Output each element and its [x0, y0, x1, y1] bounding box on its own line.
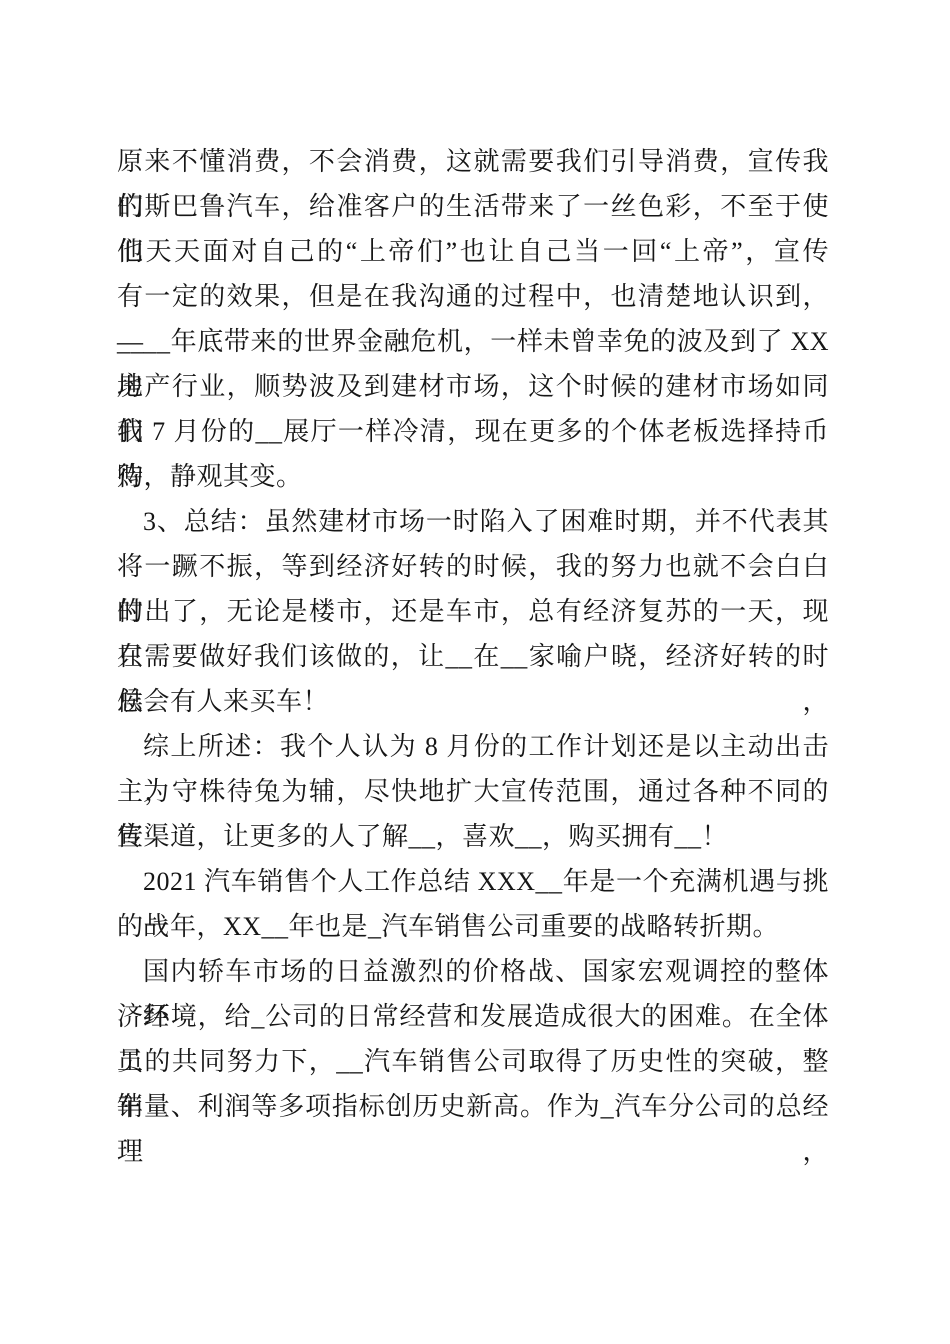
text-line: 购，静观其变。 — [117, 454, 829, 499]
text-line: 地产行业，顺势波及到建材市场，这个时候的建材市场如同我 — [117, 364, 829, 409]
text-line: 的一年，XX__年也是_汽车销售公司重要的战略转折期。 — [117, 904, 829, 949]
text-line: 3、总结：虽然建材市场一时陷入了困难时期，并不代表其 — [117, 499, 829, 544]
text-line: 济环境，给_公司的日常经营和发展造成很大的困难。在全体员 — [117, 994, 829, 1039]
text-line: 将一蹶不振，等到经济好转的时候，我的努力也就不会白白的 — [117, 544, 829, 589]
text-line: 原来不懂消费，不会消费，这就需要我们引导消费，宣传我们 — [117, 139, 829, 184]
document-page: 原来不懂消费，不会消费，这就需要我们引导消费，宣传我们的斯巴鲁汽车，给准客户的生… — [0, 0, 950, 1344]
text-line: 有一定的效果，但是在我沟通的过程中，也清楚地认识到，__ — [117, 274, 829, 319]
text-line: 只需要做好我们该做的，让__在__家喻户晓，经济好转的时候， — [117, 634, 829, 679]
text-line: 综上所述：我个人认为 8 月份的工作计划还是以主动出击为 — [117, 724, 829, 769]
text-line: 的斯巴鲁汽车，给准客户的生活带来了一丝色彩，不至于使他 — [117, 184, 829, 229]
text-line: 国内轿车市场的日益激烈的价格战、国家宏观调控的整体经 — [117, 949, 829, 994]
text-line: 付出了，无论是楼市，还是车市，总有经济复苏的一天，现在 — [117, 589, 829, 634]
text-line: —__年底带来的世界金融危机，一样未曾幸免的波及到了 XX 房 — [117, 319, 829, 364]
text-line: 们 7 月份的__展厅一样冷清，现在更多的个体老板选择持币待 — [117, 409, 829, 454]
text-line: 销量、利润等多项指标创历史新高。作为_汽车分公司的总经理， — [117, 1084, 829, 1129]
text-line: 传渠道，让更多的人了解__，喜欢__，购买拥有__！ — [117, 814, 829, 859]
text-line: 工的共同努力下，__汽车销售公司取得了历史性的突破，整车 — [117, 1039, 829, 1084]
text-line: 主，守株待兔为辅，尽快地扩大宣传范围，通过各种不同的宣 — [117, 769, 829, 814]
text-line: 们天天面对自己的“上帝们”也让自己当一回“上帝”，宣传 — [117, 229, 829, 274]
document-body: 原来不懂消费，不会消费，这就需要我们引导消费，宣传我们的斯巴鲁汽车，给准客户的生… — [117, 139, 829, 1129]
text-line: 2021 汽车销售个人工作总结 XXX__年是一个充满机遇与挑战 — [117, 859, 829, 904]
